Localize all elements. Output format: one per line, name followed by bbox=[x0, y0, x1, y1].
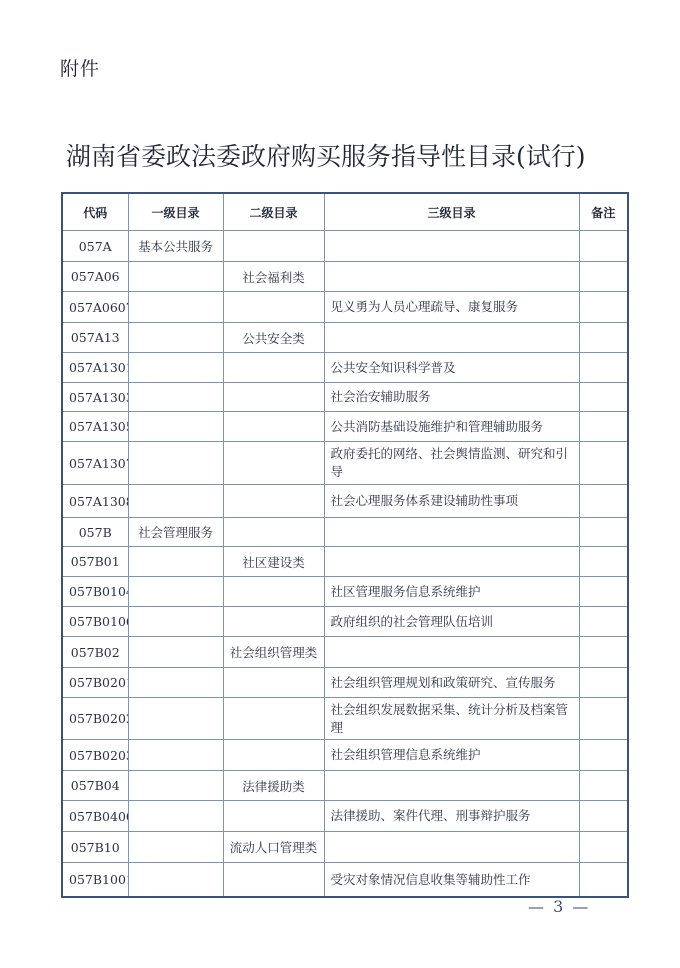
cell-note bbox=[579, 740, 628, 771]
cell-level2 bbox=[223, 412, 324, 442]
cell-note bbox=[579, 698, 628, 740]
cell-level2: 公共安全类 bbox=[223, 323, 324, 353]
cell-code: 057A1303 bbox=[62, 383, 128, 412]
table-row: 057A06社会福利类 bbox=[62, 262, 628, 292]
cell-code: 057B0202 bbox=[62, 698, 128, 740]
cell-code: 057A1307 bbox=[62, 442, 128, 485]
cell-level3: 见义勇为人员心理疏导、康复服务 bbox=[324, 292, 579, 323]
cell-code: 057B bbox=[62, 518, 128, 547]
cell-level1 bbox=[128, 412, 223, 442]
cell-level3: 社会心理服务体系建设辅助性事项 bbox=[324, 485, 579, 518]
cell-level3 bbox=[324, 518, 579, 547]
table-row: 057B0406法律援助、案件代理、刑事辩护服务 bbox=[62, 801, 628, 832]
table-row: 057B0202社会组织发展数据采集、统计分析及档案管理 bbox=[62, 698, 628, 740]
table-row: 057A1305公共消防基础设施维护和管理辅助服务 bbox=[62, 412, 628, 442]
cell-level1 bbox=[128, 323, 223, 353]
cell-note bbox=[579, 518, 628, 547]
cell-level1: 社会管理服务 bbox=[128, 518, 223, 547]
cell-level3: 公共安全知识科学普及 bbox=[324, 353, 579, 383]
cell-level2: 社会福利类 bbox=[223, 262, 324, 292]
cell-level1 bbox=[128, 698, 223, 740]
cell-code: 057A06 bbox=[62, 262, 128, 292]
cell-level1 bbox=[128, 577, 223, 607]
cell-level2 bbox=[223, 668, 324, 698]
cell-level1 bbox=[128, 262, 223, 292]
cell-level3: 社会治安辅助服务 bbox=[324, 383, 579, 412]
document-title: 湖南省委政法委政府购买服务指导性目录(试行) bbox=[66, 137, 586, 173]
cell-note bbox=[579, 637, 628, 668]
table-row: 057B0106政府组织的社会管理队伍培训 bbox=[62, 607, 628, 637]
cell-code: 057A1305 bbox=[62, 412, 128, 442]
cell-code: 057B0201 bbox=[62, 668, 128, 698]
cell-code: 057A0607 bbox=[62, 292, 128, 323]
cell-level1 bbox=[128, 863, 223, 898]
cell-code: 057B10 bbox=[62, 832, 128, 863]
cell-level1 bbox=[128, 637, 223, 668]
cell-level2: 法律援助类 bbox=[223, 771, 324, 801]
cell-note bbox=[579, 412, 628, 442]
cell-level3 bbox=[324, 231, 579, 262]
cell-note bbox=[579, 323, 628, 353]
cell-code: 057B0203 bbox=[62, 740, 128, 771]
cell-level3: 公共消防基础设施维护和管理辅助服务 bbox=[324, 412, 579, 442]
cell-level3: 社会组织管理信息系统维护 bbox=[324, 740, 579, 771]
cell-level3 bbox=[324, 547, 579, 577]
cell-level3: 社区管理服务信息系统维护 bbox=[324, 577, 579, 607]
cell-level2 bbox=[223, 292, 324, 323]
cell-note bbox=[579, 292, 628, 323]
cell-level1 bbox=[128, 607, 223, 637]
cell-level3 bbox=[324, 771, 579, 801]
cell-level1 bbox=[128, 442, 223, 485]
cell-code: 057A13 bbox=[62, 323, 128, 353]
cell-level3: 政府组织的社会管理队伍培训 bbox=[324, 607, 579, 637]
cell-level2 bbox=[223, 518, 324, 547]
cell-level2 bbox=[223, 740, 324, 771]
cell-note bbox=[579, 801, 628, 832]
table-row: 057B0201社会组织管理规划和政策研究、宣传服务 bbox=[62, 668, 628, 698]
cell-level2 bbox=[223, 863, 324, 898]
cell-note bbox=[579, 547, 628, 577]
cell-level1 bbox=[128, 740, 223, 771]
header-level2: 二级目录 bbox=[223, 193, 324, 231]
cell-level2 bbox=[223, 383, 324, 412]
cell-note bbox=[579, 668, 628, 698]
cell-code: 057A1301 bbox=[62, 353, 128, 383]
cell-level2 bbox=[223, 607, 324, 637]
table-header-row: 代码 一级目录 二级目录 三级目录 备注 bbox=[62, 193, 628, 231]
table-row: 057A1301公共安全知识科学普及 bbox=[62, 353, 628, 383]
cell-code: 057B1001 bbox=[62, 863, 128, 898]
cell-level2 bbox=[223, 231, 324, 262]
table-row: 057A1303社会治安辅助服务 bbox=[62, 383, 628, 412]
cell-level3: 受灾对象情况信息收集等辅助性工作 bbox=[324, 863, 579, 898]
cell-note bbox=[579, 353, 628, 383]
cell-level3 bbox=[324, 832, 579, 863]
cell-code: 057B04 bbox=[62, 771, 128, 801]
cell-note bbox=[579, 485, 628, 518]
cell-note bbox=[579, 383, 628, 412]
cell-code: 057B01 bbox=[62, 547, 128, 577]
cell-level2 bbox=[223, 801, 324, 832]
table-row: 057B02社会组织管理类 bbox=[62, 637, 628, 668]
cell-level1 bbox=[128, 801, 223, 832]
cell-code: 057A1308 bbox=[62, 485, 128, 518]
cell-note bbox=[579, 442, 628, 485]
cell-note bbox=[579, 771, 628, 801]
table-row: 057A基本公共服务 bbox=[62, 231, 628, 262]
cell-code: 057B0106 bbox=[62, 607, 128, 637]
table-row: 057A13公共安全类 bbox=[62, 323, 628, 353]
header-code: 代码 bbox=[62, 193, 128, 231]
page-number: — 3 — bbox=[528, 897, 590, 916]
cell-note bbox=[579, 607, 628, 637]
cell-level2 bbox=[223, 485, 324, 518]
catalog-table: 代码 一级目录 二级目录 三级目录 备注 057A基本公共服务057A06社会福… bbox=[61, 192, 629, 898]
cell-level1 bbox=[128, 832, 223, 863]
header-level1: 一级目录 bbox=[128, 193, 223, 231]
table-row: 057A1307政府委托的网络、社会舆情监测、研究和引导 bbox=[62, 442, 628, 485]
cell-note bbox=[579, 832, 628, 863]
header-level3: 三级目录 bbox=[324, 193, 579, 231]
cell-note bbox=[579, 262, 628, 292]
cell-level3 bbox=[324, 262, 579, 292]
cell-note bbox=[579, 231, 628, 262]
cell-level3: 社会组织发展数据采集、统计分析及档案管理 bbox=[324, 698, 579, 740]
cell-level2: 社会组织管理类 bbox=[223, 637, 324, 668]
cell-level3 bbox=[324, 323, 579, 353]
cell-level3: 政府委托的网络、社会舆情监测、研究和引导 bbox=[324, 442, 579, 485]
cell-level1 bbox=[128, 353, 223, 383]
cell-code: 057B02 bbox=[62, 637, 128, 668]
cell-level3: 社会组织管理规划和政策研究、宣传服务 bbox=[324, 668, 579, 698]
cell-level3: 法律援助、案件代理、刑事辩护服务 bbox=[324, 801, 579, 832]
table-row: 057B社会管理服务 bbox=[62, 518, 628, 547]
cell-level2 bbox=[223, 577, 324, 607]
cell-code: 057B0406 bbox=[62, 801, 128, 832]
cell-level2 bbox=[223, 353, 324, 383]
attachment-label: 附件 bbox=[60, 54, 100, 81]
table-row: 057B0104社区管理服务信息系统维护 bbox=[62, 577, 628, 607]
table-row: 057A1308社会心理服务体系建设辅助性事项 bbox=[62, 485, 628, 518]
table-row: 057B10流动人口管理类 bbox=[62, 832, 628, 863]
table-row: 057B0203社会组织管理信息系统维护 bbox=[62, 740, 628, 771]
table-row: 057B1001受灾对象情况信息收集等辅助性工作 bbox=[62, 863, 628, 898]
cell-level2 bbox=[223, 442, 324, 485]
table-row: 057B01社区建设类 bbox=[62, 547, 628, 577]
cell-code: 057B0104 bbox=[62, 577, 128, 607]
cell-level1 bbox=[128, 771, 223, 801]
cell-note bbox=[579, 863, 628, 898]
cell-level2: 流动人口管理类 bbox=[223, 832, 324, 863]
cell-level1: 基本公共服务 bbox=[128, 231, 223, 262]
table-body: 057A基本公共服务057A06社会福利类057A0607见义勇为人员心理疏导、… bbox=[62, 231, 628, 898]
cell-note bbox=[579, 577, 628, 607]
cell-level2 bbox=[223, 698, 324, 740]
cell-level1 bbox=[128, 668, 223, 698]
cell-code: 057A bbox=[62, 231, 128, 262]
table-row: 057B04法律援助类 bbox=[62, 771, 628, 801]
cell-level1 bbox=[128, 547, 223, 577]
cell-level2: 社区建设类 bbox=[223, 547, 324, 577]
cell-level1 bbox=[128, 292, 223, 323]
header-note: 备注 bbox=[579, 193, 628, 231]
cell-level3 bbox=[324, 637, 579, 668]
table-row: 057A0607见义勇为人员心理疏导、康复服务 bbox=[62, 292, 628, 323]
cell-level1 bbox=[128, 383, 223, 412]
cell-level1 bbox=[128, 485, 223, 518]
